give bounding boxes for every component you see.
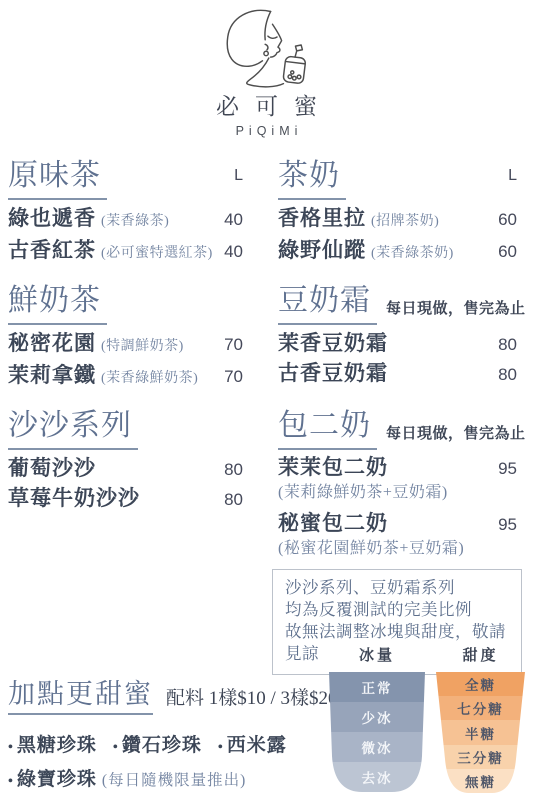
menu-item: 茉茉包二奶 95: [278, 454, 517, 482]
item-price: 40: [224, 206, 243, 234]
section-soy-milk-cream: 豆奶霜 每日現做，售完為止 茉香豆奶霜 80 古香豆奶霜 80: [278, 283, 517, 389]
item-name: 綠也遞香: [8, 204, 96, 232]
menu-item: 古香豆奶霜 80: [278, 359, 517, 389]
item-description: (茉莉綠鮮奶茶+豆奶霜): [278, 482, 517, 504]
sweetness-segment: 七分糖: [434, 696, 527, 720]
sweetness-label: 三分糖: [457, 747, 504, 767]
item-price: 80: [224, 486, 243, 514]
girl-with-bubble-tea-icon: [211, 6, 323, 90]
item-note: (茉香綠茶奶): [371, 240, 454, 268]
sweetness-segment: 無糖: [434, 769, 527, 793]
ice-level-label: 去冰: [362, 767, 393, 787]
item-price: 80: [498, 361, 517, 389]
section-title: 包二奶: [278, 408, 377, 450]
toppings-pricing: 配料 1樣$10 / 3樣$20: [166, 683, 338, 710]
item-description: (秘蜜花園鮮奶茶+豆奶霜): [278, 538, 517, 560]
item-name: 葡萄沙沙: [8, 454, 96, 482]
notice-line: 均為反覆測試的完美比例: [285, 599, 515, 621]
menu-item: 茉香豆奶霜 80: [278, 329, 517, 359]
section-shasha-series: 沙沙系列 葡萄沙沙 80 草莓牛奶沙沙 80: [8, 408, 243, 514]
section-title: 鮮奶茶: [8, 283, 107, 325]
item-note: (茉香綠茶): [101, 208, 169, 236]
section-title: 原味茶: [8, 158, 107, 200]
size-column-label: L: [234, 167, 243, 185]
topping-name: 西米露: [227, 730, 287, 757]
menu-item: 香格里拉 (招牌茶奶) 60: [278, 204, 517, 236]
item-name: 古香豆奶霜: [278, 359, 388, 387]
bullet-icon: •: [113, 740, 119, 756]
item-name: 綠野仙蹤: [278, 236, 366, 264]
item-price: 60: [498, 206, 517, 234]
section-title: 沙沙系列: [8, 408, 138, 450]
bullet-icon: •: [8, 774, 14, 790]
toppings-section: 加點更甜蜜 配料 1樣$10 / 3樣$20 • 黑糖珍珠 • 鑽石珍珠 • 西…: [8, 678, 338, 791]
ice-level-segment: 去冰: [326, 762, 428, 792]
menu-item: 茉莉拿鐵 (茉香綠鮮奶茶) 70: [8, 361, 243, 393]
ice-level-segment: 微冰: [326, 732, 428, 762]
item-price: 40: [224, 238, 243, 266]
ice-level-title: 冰量: [326, 647, 428, 665]
sweetness-chart: 甜度 全糖 七分糖 半糖 三分糖 無糖: [434, 647, 527, 793]
item-price: 80: [224, 456, 243, 484]
sweetness-label: 半糖: [465, 723, 496, 743]
section-title: 茶奶: [278, 158, 346, 200]
item-name: 草莓牛奶沙沙: [8, 484, 140, 512]
topping-name: 綠寶珍珠: [17, 764, 97, 791]
toppings-row: • 黑糖珍珠 • 鑽石珍珠 • 西米露: [8, 730, 338, 757]
item-name: 茉茉包二奶: [278, 454, 388, 480]
item-name: 秘蜜包二奶: [278, 510, 388, 536]
daily-fresh-note: 每日現做，售完為止: [386, 297, 526, 318]
topping-note: (每日隨機限量推出): [102, 768, 246, 790]
sweetness-segment: 全糖: [434, 672, 527, 696]
item-name: 茉莉拿鐵: [8, 361, 96, 389]
sweetness-cup: 全糖 七分糖 半糖 三分糖 無糖: [434, 672, 527, 793]
item-price: 70: [224, 363, 243, 391]
sweetness-label: 全糖: [465, 674, 496, 694]
ice-level-label: 微冰: [362, 737, 393, 757]
menu-item: 綠也遞香 (茉香綠茶) 40: [8, 204, 243, 236]
item-name: 古香紅茶: [8, 236, 96, 264]
ice-level-segment: 正常: [326, 672, 428, 702]
item-price: 95: [498, 512, 517, 538]
section-fresh-milk-tea: 鮮奶茶 秘密花園 (特調鮮奶茶) 70 茉莉拿鐵 (茉香綠鮮奶茶) 70: [8, 283, 243, 393]
sweetness-label: 七分糖: [457, 698, 504, 718]
section-tea-milk: 茶奶 L 香格里拉 (招牌茶奶) 60 綠野仙蹤 (茉香綠茶奶) 60: [278, 158, 517, 268]
item-note: (招牌茶奶): [371, 208, 439, 236]
item-note: (必可蜜特選紅茶): [101, 240, 213, 268]
topping-name: 鑽石珍珠: [122, 730, 202, 757]
item-price: 95: [498, 456, 517, 482]
sweetness-segment: 半糖: [434, 720, 527, 744]
item-name: 秘密花園: [8, 329, 96, 357]
ice-level-label: 少冰: [362, 707, 393, 727]
sweetness-segment: 三分糖: [434, 745, 527, 769]
brand-name-zh: 必可蜜: [0, 88, 533, 121]
section-title: 豆奶霜: [278, 283, 377, 325]
brand-name-en: PiQiMi: [0, 124, 533, 138]
section-original-tea: 原味茶 L 綠也遞香 (茉香綠茶) 40 古香紅茶 (必可蜜特選紅茶) 40: [8, 158, 243, 268]
menu-item: 綠野仙蹤 (茉香綠茶奶) 60: [278, 236, 517, 268]
item-price: 80: [498, 331, 517, 359]
ice-level-label: 正常: [362, 677, 393, 697]
menu-item: 草莓牛奶沙沙 80: [8, 484, 243, 514]
ice-level-segment: 少冰: [326, 702, 428, 732]
toppings-row: • 綠寶珍珠 (每日隨機限量推出): [8, 764, 338, 791]
notice-line: 沙沙系列、豆奶霜系列: [285, 577, 515, 599]
brand-header: 必可蜜 PiQiMi: [0, 6, 533, 138]
section-bao-er-nai: 包二奶 每日現做，售完為止 茉茉包二奶 95 (茉莉綠鮮奶茶+豆奶霜) 秘蜜包二…: [278, 408, 517, 566]
daily-fresh-note: 每日現做，售完為止: [386, 422, 526, 443]
ice-level-cup: 正常 少冰 微冰 去冰: [326, 672, 428, 792]
bullet-icon: •: [8, 740, 14, 756]
sweetness-label: 無糖: [465, 771, 496, 791]
toppings-title: 加點更甜蜜: [8, 678, 153, 715]
item-name: 茉香豆奶霜: [278, 329, 388, 357]
ice-level-chart: 冰量 正常 少冰 微冰 去冰: [326, 647, 428, 792]
item-name: 香格里拉: [278, 204, 366, 232]
item-price: 70: [224, 331, 243, 359]
bullet-icon: •: [218, 740, 224, 756]
item-price: 60: [498, 238, 517, 266]
menu-item: 秘蜜包二奶 95: [278, 510, 517, 538]
size-column-label: L: [508, 167, 517, 185]
menu-item: 古香紅茶 (必可蜜特選紅茶) 40: [8, 236, 243, 268]
topping-name: 黑糖珍珠: [17, 730, 97, 757]
menu-item: 秘密花園 (特調鮮奶茶) 70: [8, 329, 243, 361]
item-note: (特調鮮奶茶): [101, 333, 184, 361]
item-note: (茉香綠鮮奶茶): [101, 365, 198, 393]
menu-item: 葡萄沙沙 80: [8, 454, 243, 484]
sweetness-title: 甜度: [434, 647, 527, 665]
menu-page: 必可蜜 PiQiMi 原味茶 L 綠也遞香 (茉香綠茶) 40 古香紅茶 (必可…: [0, 0, 533, 800]
